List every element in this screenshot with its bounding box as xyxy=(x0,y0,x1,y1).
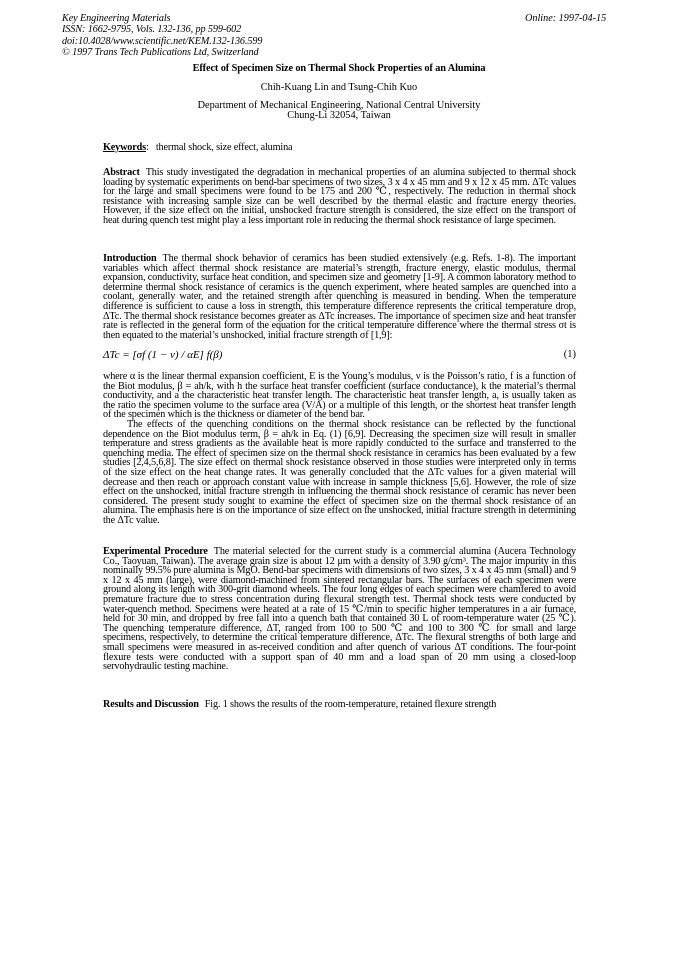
paper-authors: Chih-Kuang Lin and Tsung-Chih Kuo xyxy=(0,82,678,93)
issn-line: ISSN: 1662-9795, Vols. 132-136, pp 599-6… xyxy=(62,24,262,35)
results-section: Results and DiscussionFig. 1 shows the r… xyxy=(103,700,576,710)
introduction-paragraph-2: where α is the linear thermal expansion … xyxy=(103,372,576,420)
equation-1: ΔTc = [σf (1 − ν) / αE] f(β) (1) xyxy=(103,349,576,361)
abstract-section: AbstractThis study investigated the degr… xyxy=(103,168,576,226)
equation-formula: ΔTc = [σf (1 − ν) / αE] f(β) xyxy=(103,349,222,361)
doi-line[interactable]: doi:10.4028/www.scientific.net/KEM.132-1… xyxy=(62,36,262,47)
abstract-text: This study investigated the degradation … xyxy=(103,167,576,226)
paper-title: Effect of Specimen Size on Thermal Shock… xyxy=(0,63,678,74)
experimental-text: The material selected for the current st… xyxy=(103,546,576,672)
journal-header: Key Engineering Materials ISSN: 1662-979… xyxy=(62,13,262,58)
journal-name: Key Engineering Materials xyxy=(62,13,262,24)
affiliation-line-2: Chung-Li 32054, Taiwan xyxy=(0,111,678,121)
introduction-paragraph-3: The effects of the quenching conditions … xyxy=(103,420,576,526)
keywords-text: : thermal shock, size effect, alumina xyxy=(146,142,292,153)
keywords-label: Keywords xyxy=(103,142,146,153)
copyright-line: © 1997 Trans Tech Publications Ltd, Swit… xyxy=(62,47,262,58)
experimental-section: Experimental ProcedureThe material selec… xyxy=(103,547,576,672)
results-heading: Results and Discussion xyxy=(103,699,199,710)
results-text: Fig. 1 shows the results of the room-tem… xyxy=(205,699,496,710)
introduction-section: IntroductionThe thermal shock behavior o… xyxy=(103,254,576,340)
introduction-paragraph-1: The thermal shock behavior of ceramics h… xyxy=(103,253,576,341)
equation-number: (1) xyxy=(564,349,576,360)
introduction-continued: where α is the linear thermal expansion … xyxy=(103,372,576,526)
online-date: Online: 1997-04-15 xyxy=(525,13,606,24)
keywords-section: Keywords: thermal shock, size effect, al… xyxy=(103,143,576,153)
affiliation: Department of Mechanical Engineering, Na… xyxy=(0,101,678,120)
